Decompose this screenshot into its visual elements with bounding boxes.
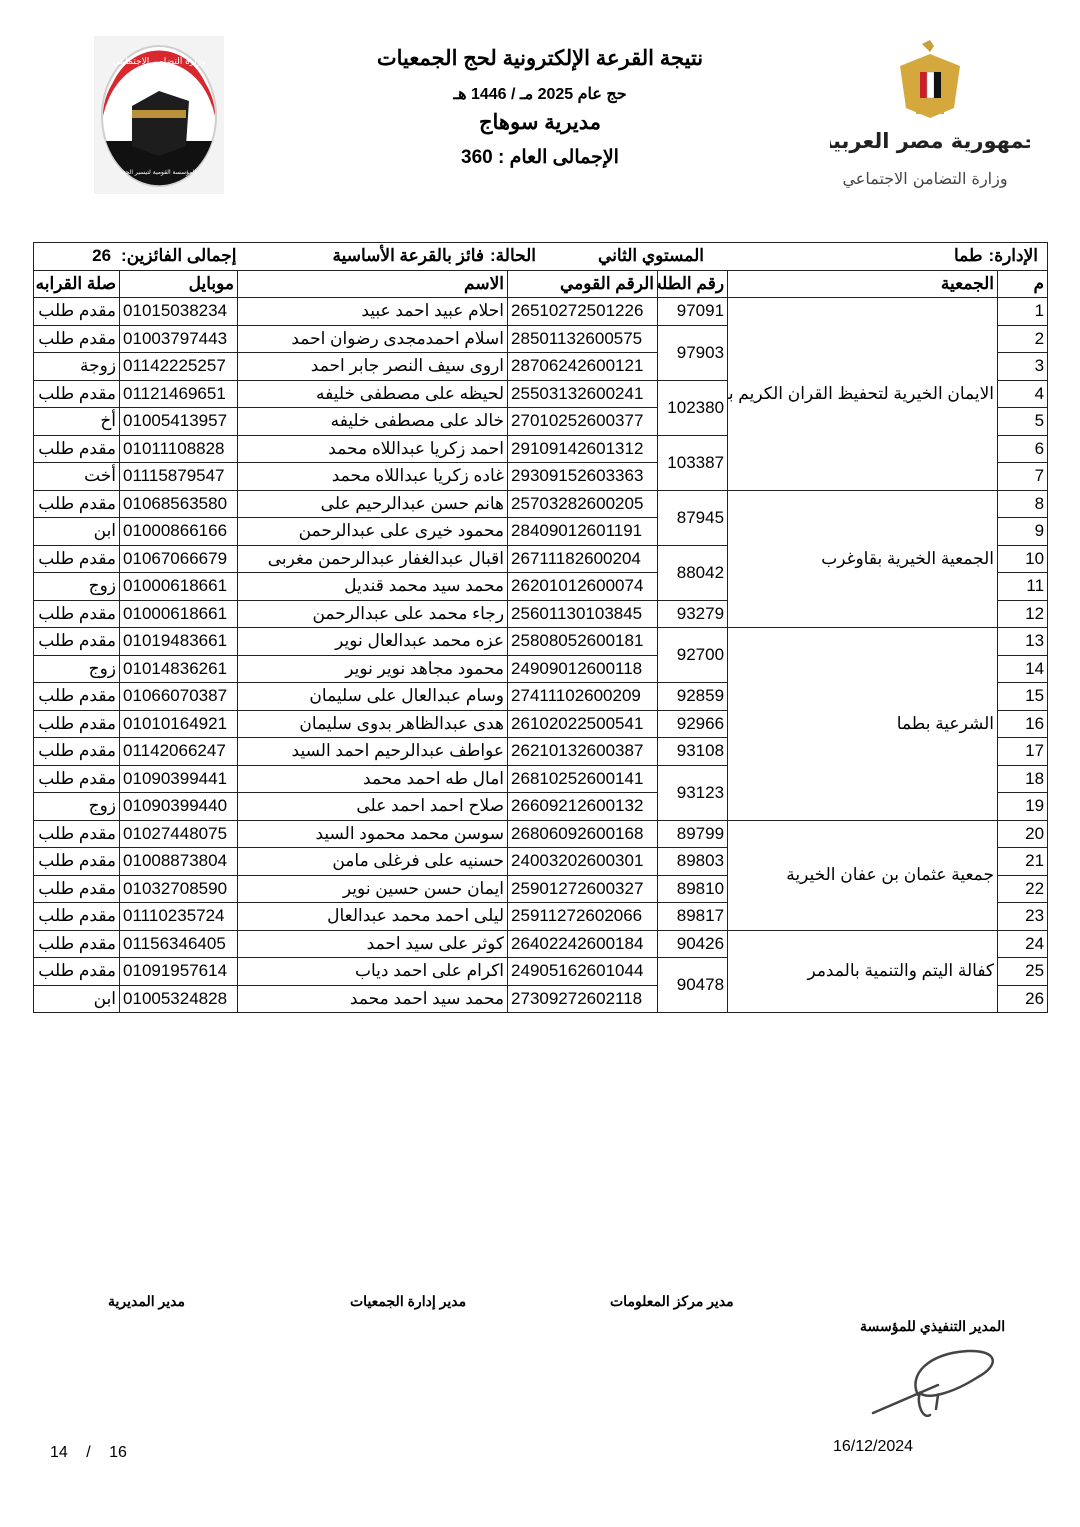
signature-info-center-manager: مدير مركز المعلومات — [610, 1293, 734, 1310]
row-index: 16 — [998, 710, 1048, 738]
relation-cell: مقدم طلب — [34, 298, 120, 326]
national-id-cell: 26102022500541 — [508, 710, 658, 738]
grand-total: الإجمالى العام : 360 — [340, 146, 740, 169]
request-number-cell: 93123 — [658, 765, 728, 820]
name-cell: اسلام احمدمجدى رضوان احمد — [238, 325, 508, 353]
national-id-cell: 28501132600575 — [508, 325, 658, 353]
row-index: 8 — [998, 490, 1048, 518]
status-value: فائز بالقرعة الأساسية — [332, 246, 484, 266]
page-total: 16 — [109, 1444, 127, 1461]
table-header-row: م الجمعية رقم الطلب الرقم القومي الاسم م… — [34, 270, 1048, 298]
name-cell: اروى سيف النصر جابر احمد — [238, 353, 508, 381]
relation-cell: مقدم طلب — [34, 545, 120, 573]
relation-cell: مقدم طلب — [34, 738, 120, 766]
col-header-mobile: موبايل — [120, 270, 238, 298]
row-index: 22 — [998, 875, 1048, 903]
mobile-cell: 01008873804 — [120, 848, 238, 876]
table-row: 13الشرعية بطما9270025808052600181عزه محم… — [34, 628, 1048, 656]
name-cell: ايمان حسن حسين نوير — [238, 875, 508, 903]
request-number-cell: 89799 — [658, 820, 728, 848]
national-id-cell: 26810252600141 — [508, 765, 658, 793]
relation-cell: مقدم طلب — [34, 683, 120, 711]
mobile-cell: 01000866166 — [120, 518, 238, 546]
col-header-association: الجمعية — [728, 270, 998, 298]
relation-cell: زوج — [34, 655, 120, 683]
table-body: 1الايمان الخيرية لتحفيظ القران الكريم با… — [34, 298, 1048, 1013]
mobile-cell: 01110235724 — [120, 903, 238, 931]
national-id-cell: 26806092600168 — [508, 820, 658, 848]
mobile-cell: 01067066679 — [120, 545, 238, 573]
winners-total-label: إجمالى الفائزين: — [121, 246, 236, 266]
row-index: 20 — [998, 820, 1048, 848]
name-cell: محمد سيد محمد قنديل — [238, 573, 508, 601]
association-cell: الشرعية بطما — [728, 628, 998, 821]
mobile-cell: 01068563580 — [120, 490, 238, 518]
name-cell: كوثر على سيد احمد — [238, 930, 508, 958]
winners-total-value: 26 — [92, 246, 111, 266]
col-header-request-no: رقم الطلب — [658, 270, 728, 298]
row-index: 13 — [998, 628, 1048, 656]
relation-cell: مقدم طلب — [34, 930, 120, 958]
table-row: 1الايمان الخيرية لتحفيظ القران الكريم با… — [34, 298, 1048, 326]
name-cell: رجاء محمد على عبدالرحمن — [238, 600, 508, 628]
request-number-cell: 89803 — [658, 848, 728, 876]
signature-associations-manager: مدير إدارة الجمعيات — [350, 1293, 466, 1310]
name-cell: غاده زكريا عبداللاه محمد — [238, 463, 508, 491]
page-current: 14 — [50, 1444, 68, 1461]
request-number-cell: 92700 — [658, 628, 728, 683]
name-cell: صلاح احمد احمد على — [238, 793, 508, 821]
right-logo-line2: وزارة التضامن الاجتماعي — [842, 169, 1007, 188]
row-index: 2 — [998, 325, 1048, 353]
request-number-cell: 93279 — [658, 600, 728, 628]
left-logo-bottom-text: المؤسسة القومية لتيسير الحج — [122, 169, 197, 176]
name-cell: لحيظه على مصطفى خليفه — [238, 380, 508, 408]
request-number-cell: 89817 — [658, 903, 728, 931]
association-cell: الجمعية الخيرية بقاوغرب — [728, 490, 998, 628]
national-id-cell: 26402242600184 — [508, 930, 658, 958]
relation-cell: مقدم طلب — [34, 380, 120, 408]
national-id-cell: 25808052600181 — [508, 628, 658, 656]
row-index: 6 — [998, 435, 1048, 463]
row-index: 7 — [998, 463, 1048, 491]
national-id-cell: 25703282600205 — [508, 490, 658, 518]
signature-directorate-manager: مدير المديرية — [108, 1293, 185, 1310]
national-id-cell: 25901272600327 — [508, 875, 658, 903]
mobile-cell: 01014836261 — [120, 655, 238, 683]
row-index: 19 — [998, 793, 1048, 821]
national-id-cell: 28409012601191 — [508, 518, 658, 546]
name-cell: احمد زكريا عبداللاه محمد — [238, 435, 508, 463]
request-number-cell: 97091 — [658, 298, 728, 326]
name-cell: محمد سيد احمد محمد — [238, 985, 508, 1013]
relation-cell: مقدم طلب — [34, 958, 120, 986]
request-number-cell: 89810 — [658, 875, 728, 903]
national-id-cell: 25503132600241 — [508, 380, 658, 408]
national-id-cell: 24909012600118 — [508, 655, 658, 683]
table-row: 8الجمعية الخيرية بقاوغرب8794525703282600… — [34, 490, 1048, 518]
row-index: 17 — [998, 738, 1048, 766]
mobile-cell: 01156346405 — [120, 930, 238, 958]
national-id-cell: 27309272602118 — [508, 985, 658, 1013]
relation-cell: مقدم طلب — [34, 903, 120, 931]
request-number-cell: 92966 — [658, 710, 728, 738]
association-cell: كفالة اليتم والتنمية بالمدمر — [728, 930, 998, 1013]
relation-cell: أخت — [34, 463, 120, 491]
name-cell: ليلى احمد محمد عبدالعال — [238, 903, 508, 931]
mobile-cell: 01019483661 — [120, 628, 238, 656]
level-label: المستوي الثاني — [598, 246, 704, 266]
grand-total-label: الإجمالى العام : — [498, 147, 619, 168]
name-cell: اقبال عبدالغفار عبدالرحمن مغربى — [238, 545, 508, 573]
mobile-cell: 01091957614 — [120, 958, 238, 986]
request-number-cell: 93108 — [658, 738, 728, 766]
relation-cell: ابن — [34, 518, 120, 546]
national-id-cell: 25911272602066 — [508, 903, 658, 931]
row-index: 18 — [998, 765, 1048, 793]
mobile-cell: 01142225257 — [120, 353, 238, 381]
mobile-cell: 01121469651 — [120, 380, 238, 408]
mobile-cell: 01032708590 — [120, 875, 238, 903]
name-cell: اكرام على احمد دياب — [238, 958, 508, 986]
row-index: 24 — [998, 930, 1048, 958]
relation-cell: مقدم طلب — [34, 435, 120, 463]
relation-cell: مقدم طلب — [34, 710, 120, 738]
relation-cell: مقدم طلب — [34, 820, 120, 848]
association-cell: الايمان الخيرية لتحفيظ القران الكريم بال… — [728, 298, 998, 491]
eagle-emblem-icon — [900, 40, 960, 118]
row-index: 14 — [998, 655, 1048, 683]
name-cell: هانم حسن عبدالرحيم على — [238, 490, 508, 518]
mobile-cell: 01090399441 — [120, 765, 238, 793]
national-id-cell: 26510272501226 — [508, 298, 658, 326]
relation-cell: زوج — [34, 573, 120, 601]
mobile-cell: 01005413957 — [120, 408, 238, 436]
national-id-cell: 24905162601044 — [508, 958, 658, 986]
left-logo-top-text: وزارة التضامن الاجتماعي — [113, 57, 206, 67]
row-index: 3 — [998, 353, 1048, 381]
mobile-cell: 01027448075 — [120, 820, 238, 848]
document-title: نتيجة القرعة الإلكترونية لحج الجمعيات — [340, 46, 740, 71]
relation-cell: زوجة — [34, 353, 120, 381]
row-index: 23 — [998, 903, 1048, 931]
request-number-cell: 92859 — [658, 683, 728, 711]
request-number-cell: 90426 — [658, 930, 728, 958]
relation-cell: زوج — [34, 793, 120, 821]
relation-cell: مقدم طلب — [34, 325, 120, 353]
row-index: 26 — [998, 985, 1048, 1013]
grand-total-value: 360 — [461, 147, 493, 168]
relation-cell: مقدم طلب — [34, 628, 120, 656]
right-logo-line1: جمهورية مصر العربية — [830, 129, 1030, 153]
mobile-cell: 01090399440 — [120, 793, 238, 821]
mobile-cell: 01010164921 — [120, 710, 238, 738]
hajj-foundation-logo: وزارة التضامن الاجتماعي المؤسسة القومية … — [94, 36, 224, 194]
name-cell: حسنيه على فرغلى مامن — [238, 848, 508, 876]
national-id-cell: 27411102600209 — [508, 683, 658, 711]
request-number-cell: 87945 — [658, 490, 728, 545]
request-number-cell: 97903 — [658, 325, 728, 380]
request-number-cell: 90478 — [658, 958, 728, 1013]
relation-cell: ابن — [34, 985, 120, 1013]
national-id-cell: 28706242600121 — [508, 353, 658, 381]
relation-cell: مقدم طلب — [34, 600, 120, 628]
name-cell: امال طه احمد محمد — [238, 765, 508, 793]
name-cell: عزه محمد عبدالعال نوير — [238, 628, 508, 656]
request-number-cell: 103387 — [658, 435, 728, 490]
mobile-cell: 01066070387 — [120, 683, 238, 711]
name-cell: سوسن محمد محمود السيد — [238, 820, 508, 848]
name-cell: خالد على مصطفى خليفه — [238, 408, 508, 436]
national-id-cell: 26609212600132 — [508, 793, 658, 821]
national-id-cell: 26711182600204 — [508, 545, 658, 573]
row-index: 1 — [998, 298, 1048, 326]
name-cell: وسام عبدالعال على سليمان — [238, 683, 508, 711]
national-id-cell: 29109142601312 — [508, 435, 658, 463]
mobile-cell: 01000618661 — [120, 573, 238, 601]
document-subtitle: حج عام 2025 مـ / 1446 هـ — [340, 84, 740, 104]
table-row: 24كفالة اليتم والتنمية بالمدمر9042626402… — [34, 930, 1048, 958]
row-index: 11 — [998, 573, 1048, 601]
relation-cell: أخ — [34, 408, 120, 436]
national-id-cell: 26201012600074 — [508, 573, 658, 601]
status-label: الحالة: — [490, 246, 536, 266]
document-date: 16/12/2024 — [833, 1438, 913, 1456]
mobile-cell: 01003797443 — [120, 325, 238, 353]
request-number-cell: 88042 — [658, 545, 728, 600]
national-id-cell: 27010252600377 — [508, 408, 658, 436]
relation-cell: مقدم طلب — [34, 765, 120, 793]
row-index: 12 — [998, 600, 1048, 628]
row-index: 5 — [998, 408, 1048, 436]
association-cell: جمعية عثمان بن عفان الخيرية — [728, 820, 998, 930]
handwritten-signature-icon — [868, 1345, 1003, 1430]
mobile-cell: 01011108828 — [120, 435, 238, 463]
col-header-national-id: الرقم القومي — [508, 270, 658, 298]
row-index: 10 — [998, 545, 1048, 573]
name-cell: عواطف عبدالرحيم احمد السيد — [238, 738, 508, 766]
name-cell: هدى عبدالظاهر بدوى سليمان — [238, 710, 508, 738]
row-index: 9 — [998, 518, 1048, 546]
row-index: 4 — [998, 380, 1048, 408]
results-table: الإدارة: طما المستوي الثاني الحالة: فائز… — [33, 242, 1048, 1013]
mobile-cell: 01000618661 — [120, 600, 238, 628]
page-separator: / — [86, 1444, 90, 1461]
mobile-cell: 01115879547 — [120, 463, 238, 491]
row-index: 25 — [998, 958, 1048, 986]
name-cell: احلام عبيد احمد عبيد — [238, 298, 508, 326]
mobile-cell: 01142066247 — [120, 738, 238, 766]
egypt-ministry-logo: جمهورية مصر العربية وزارة التضامن الاجتم… — [830, 36, 1030, 196]
signature-executive-director: المدير التنفيذي للمؤسسة — [860, 1318, 1005, 1335]
name-cell: محمود خيرى على عبدالرحمن — [238, 518, 508, 546]
national-id-cell: 24003202600301 — [508, 848, 658, 876]
mobile-cell: 01015038234 — [120, 298, 238, 326]
national-id-cell: 29309152603363 — [508, 463, 658, 491]
relation-cell: مقدم طلب — [34, 490, 120, 518]
table-row: 20جمعية عثمان بن عفان الخيرية89799268060… — [34, 820, 1048, 848]
administration-label: الإدارة: — [989, 246, 1039, 266]
national-id-cell: 25601130103845 — [508, 600, 658, 628]
national-id-cell: 26210132600387 — [508, 738, 658, 766]
row-index: 21 — [998, 848, 1048, 876]
col-header-relation: صلة القرابه — [34, 270, 120, 298]
table-meta-row: الإدارة: طما المستوي الثاني الحالة: فائز… — [34, 243, 1048, 271]
row-index: 15 — [998, 683, 1048, 711]
administration-value: طما — [954, 246, 983, 266]
request-number-cell: 102380 — [658, 380, 728, 435]
page-number: 14 / 16 — [50, 1444, 127, 1462]
name-cell: محمود مجاهد نوير نوير — [238, 655, 508, 683]
col-header-m: م — [998, 270, 1048, 298]
mobile-cell: 01005324828 — [120, 985, 238, 1013]
col-header-name: الاسم — [238, 270, 508, 298]
relation-cell: مقدم طلب — [34, 848, 120, 876]
relation-cell: مقدم طلب — [34, 875, 120, 903]
directorate-name: مديرية سوهاج — [340, 110, 740, 135]
